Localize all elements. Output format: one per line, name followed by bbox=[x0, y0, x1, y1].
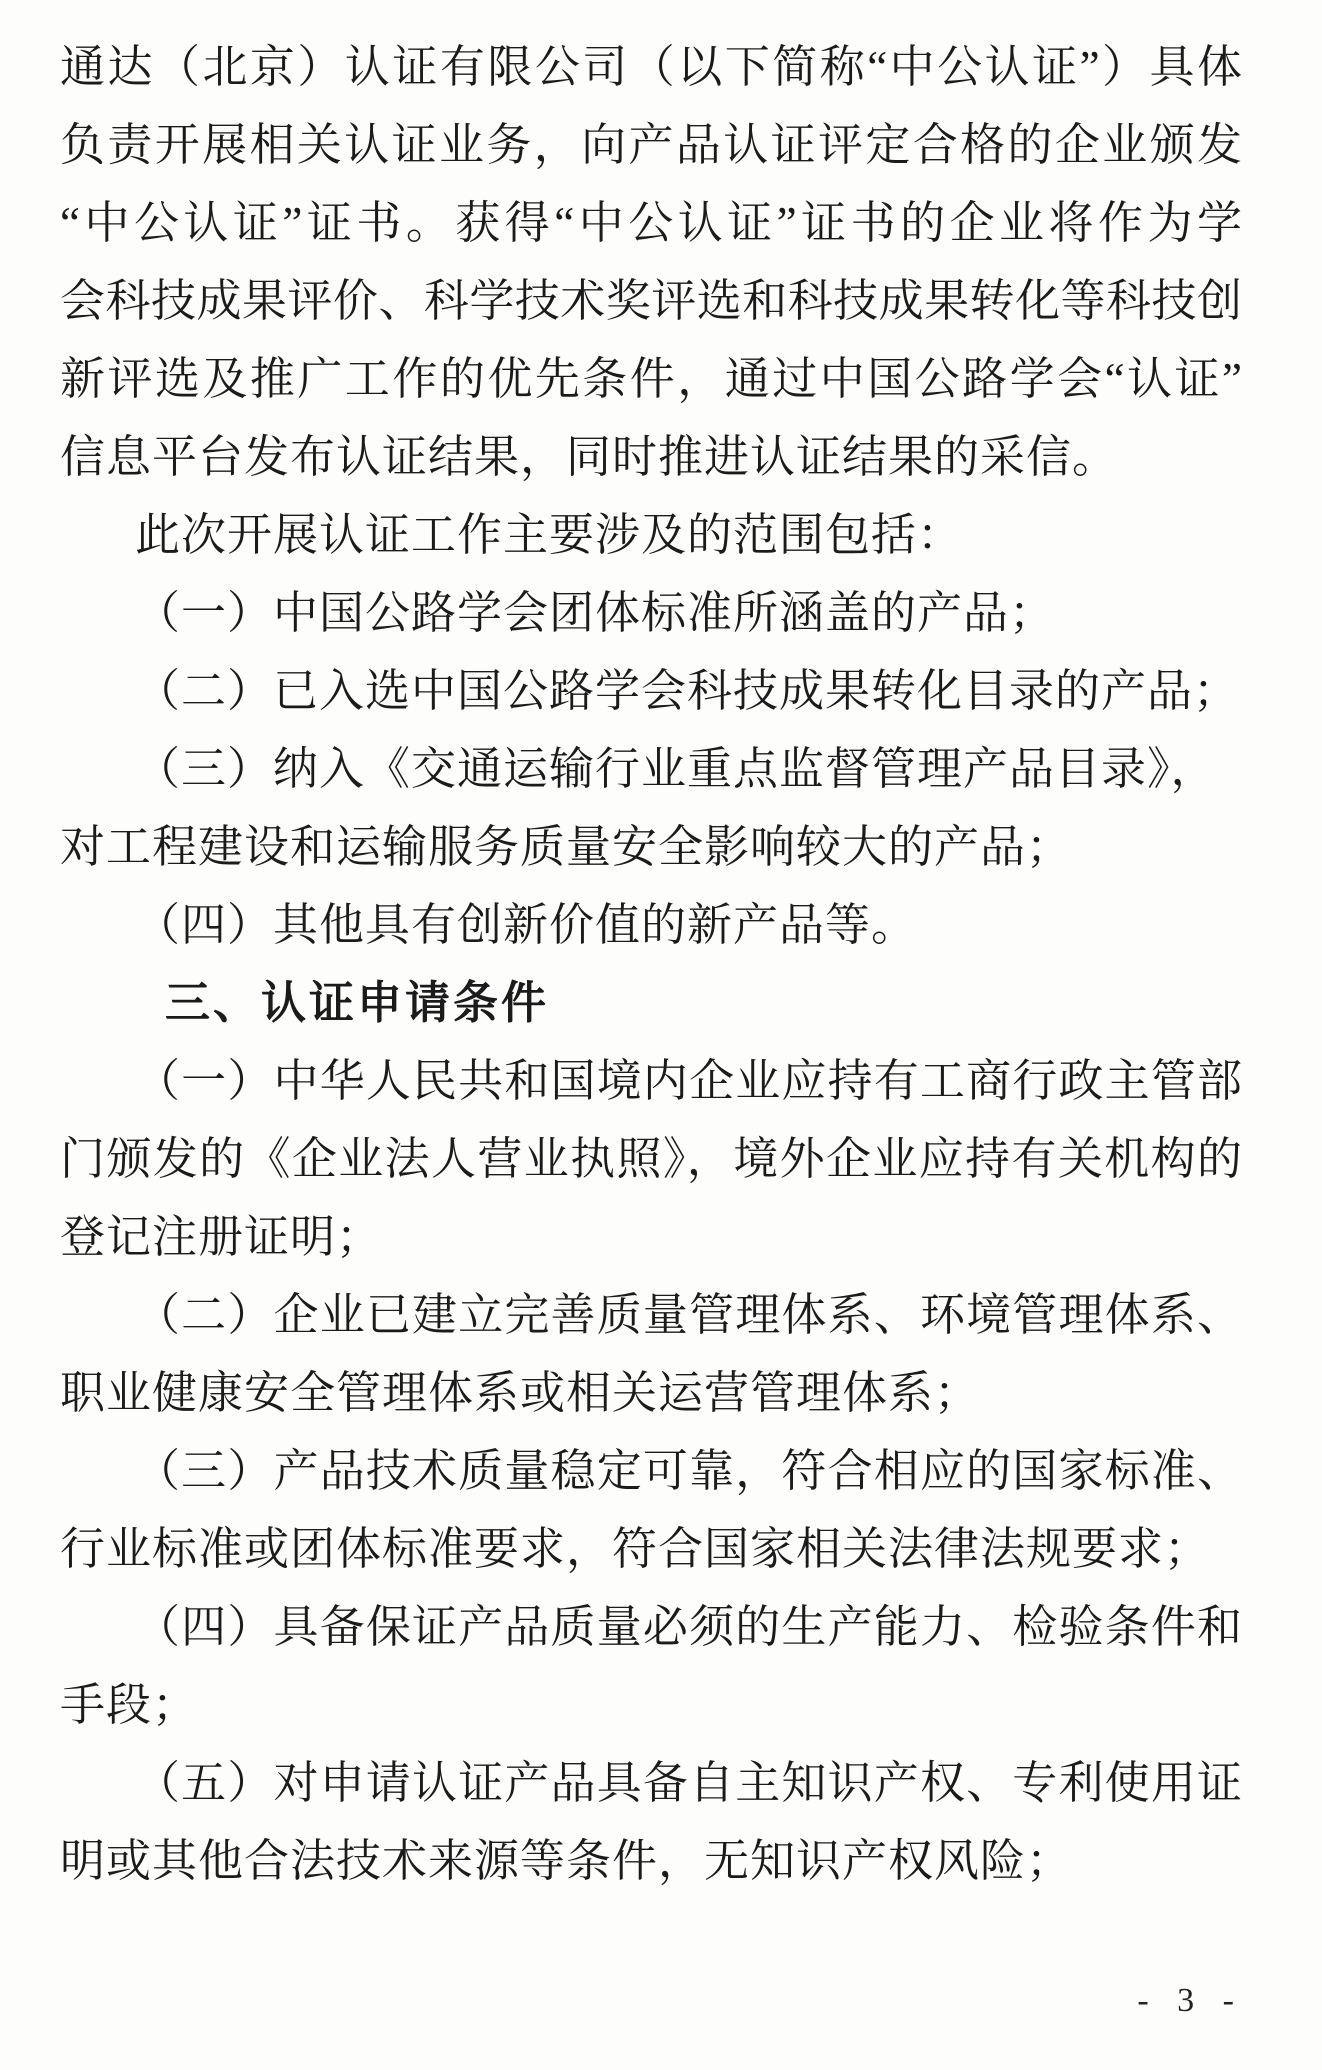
text-line: （二）企业已建立完善质量管理体系、环境管理体系、 bbox=[60, 1276, 1242, 1354]
document-page: 通达（北京）认证有限公司（以下简称“中公认证”）具体负责开展相关认证业务，向产品… bbox=[0, 0, 1322, 2070]
page-number: - 3 - bbox=[1137, 1982, 1244, 2020]
text-line: 此次开展认证工作主要涉及的范围包括： bbox=[60, 496, 1242, 574]
text-line: 新评选及推广工作的优先条件，通过中国公路学会“认证” bbox=[60, 340, 1242, 418]
text-line: （四）具备保证产品质量必须的生产能力、检验条件和 bbox=[60, 1588, 1242, 1666]
text-line: 负责开展相关认证业务，向产品认证评定合格的企业颁发 bbox=[60, 106, 1242, 184]
text-line: 行业标准或团体标准要求，符合国家相关法律法规要求； bbox=[60, 1510, 1242, 1588]
text-line: 对工程建设和运输服务质量安全影响较大的产品； bbox=[60, 808, 1242, 886]
text-line: （二）已入选中国公路学会科技成果转化目录的产品； bbox=[60, 652, 1242, 730]
text-line: “中公认证”证书。获得“中公认证”证书的企业将作为学 bbox=[60, 184, 1242, 262]
text-line: 门颁发的《企业法人营业执照》，境外企业应持有关机构的 bbox=[60, 1120, 1242, 1198]
text-line: 信息平台发布认证结果，同时推进认证结果的采信。 bbox=[60, 418, 1242, 496]
section-heading: 三、认证申请条件 bbox=[60, 964, 1242, 1042]
text-line: 通达（北京）认证有限公司（以下简称“中公认证”）具体 bbox=[60, 28, 1242, 106]
text-line: 会科技成果评价、科学技术奖评选和科技成果转化等科技创 bbox=[60, 262, 1242, 340]
text-line: （三）产品技术质量稳定可靠，符合相应的国家标准、 bbox=[60, 1432, 1242, 1510]
text-line: （一）中国公路学会团体标准所涵盖的产品； bbox=[60, 574, 1242, 652]
text-line: 职业健康安全管理体系或相关运营管理体系； bbox=[60, 1354, 1242, 1432]
text-line: 手段； bbox=[60, 1666, 1242, 1744]
document-body: 通达（北京）认证有限公司（以下简称“中公认证”）具体负责开展相关认证业务，向产品… bbox=[60, 28, 1242, 1900]
text-line: （四）其他具有创新价值的新产品等。 bbox=[60, 886, 1242, 964]
text-line: （五）对申请认证产品具备自主知识产权、专利使用证 bbox=[60, 1744, 1242, 1822]
text-line: （三）纳入《交通运输行业重点监督管理产品目录》， bbox=[60, 730, 1242, 808]
text-line: （一）中华人民共和国境内企业应持有工商行政主管部 bbox=[60, 1042, 1242, 1120]
text-line: 登记注册证明； bbox=[60, 1198, 1242, 1276]
text-line: 明或其他合法技术来源等条件，无知识产权风险； bbox=[60, 1822, 1242, 1900]
